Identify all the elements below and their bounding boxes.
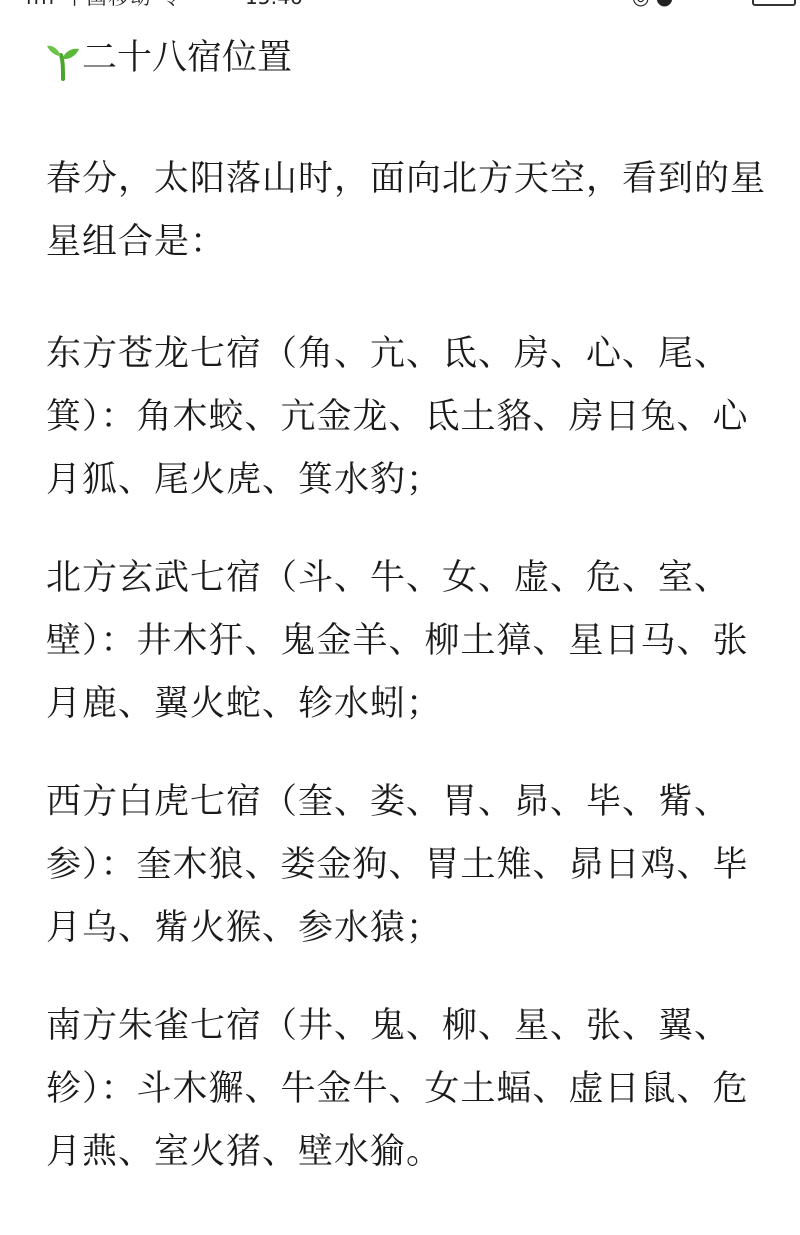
page-title: 二十八宿位置 xyxy=(46,30,770,86)
title-text: 二十八宿位置 xyxy=(82,30,292,86)
status-icons: ◎ ● xyxy=(632,0,673,8)
status-bar: ıııl 中国移动 令 15:46 ◎ ● xyxy=(0,0,800,8)
seedling-icon xyxy=(46,35,80,81)
clock: 15:46 xyxy=(245,0,303,8)
west-white-tiger-paragraph: 西方白虎七宿（奎、娄、胃、昴、毕、觜、参）：奎木狼、娄金狗、胃土雉、昴日鸡、毕月… xyxy=(46,771,770,960)
south-vermilion-bird-paragraph: 南方朱雀七宿（井、鬼、柳、星、张、翼、轸）：斗木獬、牛金牛、女土蝠、虚日鼠、危月… xyxy=(46,995,770,1184)
east-azure-dragon-paragraph: 东方苍龙七宿（角、亢、氐、房、心、尾、箕）：角木蛟、亢金龙、氐土貉、房日兔、心月… xyxy=(46,323,770,512)
article: 二十八宿位置 春分，太阳落山时，面向北方天空，看到的星星组合是： 东方苍龙七宿（… xyxy=(46,30,770,1184)
carrier-signal: ıııl 中国移动 令 xyxy=(26,0,183,8)
north-black-tortoise-paragraph: 北方玄武七宿（斗、牛、女、虚、危、室、壁）：井木犴、鬼金羊、柳土獐、星日马、张月… xyxy=(46,547,770,736)
battery-icon xyxy=(752,0,796,6)
intro-paragraph: 春分，太阳落山时，面向北方天空，看到的星星组合是： xyxy=(46,148,770,274)
